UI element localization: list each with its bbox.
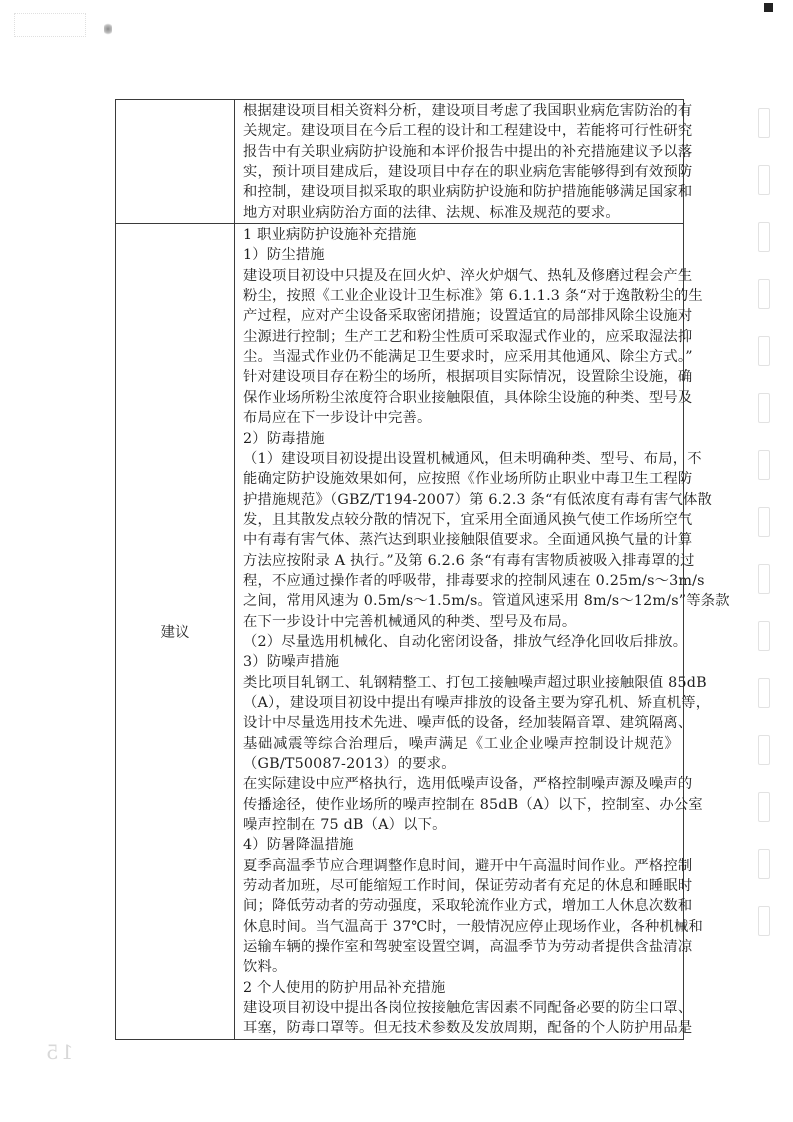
- text-line: 运输车辆的操作室和驾驶室设置空调，高温季节为劳动者提供含盐清凉: [243, 937, 679, 957]
- text-line: 休息时间。当气温高于 37℃时，一般情况应停止现场作业，各种机械和: [243, 917, 679, 937]
- text-line: 报告中有关职业病防护设施和本评价报告中提出的补充措施建议予以落: [243, 142, 679, 162]
- text-line: 针对建设项目存在粉尘的场所，根据项目实际情况，设置除尘设施，确: [243, 367, 679, 387]
- text-line: 根据建设项目相关资料分析，建设项目考虑了我国职业病危害防治的有: [243, 101, 679, 121]
- binding-hole-icon: [758, 165, 770, 195]
- binding-hole-icon: [758, 507, 770, 537]
- binding-hole-icon: [758, 450, 770, 480]
- text-line: 1）防尘措施: [243, 245, 679, 265]
- text-line: 中有毒有害气体、蒸汽达到职业接触限值要求。全面通风换气量的计算: [243, 530, 679, 550]
- text-line: 建设项目初设中提出各岗位按接触危害因素不同配备必要的防尘口罩、: [243, 998, 679, 1018]
- binding-hole-icon: [758, 393, 770, 423]
- corner-registration-mark-icon: [764, 3, 773, 12]
- text-line: 能确定防护设施效果如何，应按照《作业场所防止职业中毒卫生工程防: [243, 469, 679, 489]
- text-line: 劳动者加班，尽可能缩短工作时间，保证劳动者有充足的休息和睡眠时: [243, 876, 679, 896]
- recommendations-content: 1 职业病防护设施补充措施1）防尘措施建设项目初设中只提及在回火炉、淬火炉烟气、…: [235, 224, 684, 1040]
- text-line: 护措施规范》（GBZ/T194-2007）第 6.2.3 条“有低浓度有毒有害气…: [243, 490, 679, 510]
- evaluation-table: 根据建设项目相关资料分析，建设项目考虑了我国职业病危害防治的有关规定。建设项目在…: [115, 99, 684, 1040]
- binding-hole-icon: [758, 621, 770, 651]
- text-line: 类比项目轧钢工、轧钢精整工、打包工接触噪声超过职业接触限值 85dB: [243, 673, 679, 693]
- text-line: 4）防暑降温措施: [243, 835, 679, 855]
- text-line: 2 个人使用的防护用品补充措施: [243, 978, 679, 998]
- text-line: 基础减震等综合治理后，噪声满足《工业企业噪声控制设计规范》: [243, 734, 679, 754]
- text-line: （GB/T50087-2013）的要求。: [243, 754, 679, 774]
- text-line: 粉尘，按照《工业企业设计卫生标准》第 6.1.1.3 条“对于逸散粉尘的生: [243, 286, 679, 306]
- text-line: 耳塞，防毒口罩等。但无技术参数及发放周期，配备的个人防护用品是: [243, 1018, 679, 1038]
- binding-hole-icon: [758, 735, 770, 765]
- text-line: 方法应按附录 A 执行。”及第 6.2.6 条“有毒有害物质被吸入排毒罩的过: [243, 551, 679, 571]
- text-line: 实，预计项目建成后，建设项目中存在的职业病危害能够得到有效预防: [243, 162, 679, 182]
- conclusion-content: 根据建设项目相关资料分析，建设项目考虑了我国职业病危害防治的有关规定。建设项目在…: [235, 100, 684, 224]
- row-label-conclusion: [116, 100, 235, 224]
- text-line: 夏季高温季节应合理调整作息时间，避开中午高温时间作业。严格控制: [243, 856, 679, 876]
- binding-hole-icon: [758, 222, 770, 252]
- text-line: （1）建设项目初设提出设置机械通风，但未明确种类、型号、布局，不: [243, 449, 679, 469]
- text-line: 设计中尽量选用技术先进、噪声低的设备，经加装隔音罩、建筑隔离、: [243, 713, 679, 733]
- text-line: 尘源进行控制；生产工艺和粉尘性质可采取湿式作业的，应采取湿法抑: [243, 327, 679, 347]
- text-line: 在下一步设计中完善机械通风的种类、型号及布局。: [243, 612, 679, 632]
- text-line: 3）防噪声措施: [243, 652, 679, 672]
- bleed-through-page-number: 15: [44, 1040, 73, 1064]
- text-line: 尘。当湿式作业仍不能满足卫生要求时，应采用其他通风、除尘方式。”: [243, 347, 679, 367]
- scan-stamp: [14, 13, 86, 37]
- text-line: 发，且其散发点较分散的情况下，宜采用全面通风换气使工作场所空气: [243, 510, 679, 530]
- text-line: 程，不应通过操作者的呼吸带，排毒要求的控制风速在 0.25m/s～3m/s: [243, 571, 679, 591]
- binding-hole-icon: [758, 564, 770, 594]
- binding-hole-icon: [758, 279, 770, 309]
- table-row-recommendations: 建议 1 职业病防护设施补充措施1）防尘措施建设项目初设中只提及在回火炉、淬火炉…: [116, 224, 684, 1040]
- text-line: 和控制，建设项目拟采取的职业病防护设施和防护措施能够满足国家和: [243, 182, 679, 202]
- text-line: 保作业场所粉尘浓度符合职业接触限值，具体除尘设施的种类、型号及: [243, 388, 679, 408]
- binding-hole-icon: [758, 792, 770, 822]
- stamp-mark-icon: [104, 22, 112, 36]
- text-line: 关规定。建设项目在今后工程的设计和工程建设中，若能将可行性研究: [243, 121, 679, 141]
- binding-hole-icon: [758, 849, 770, 879]
- text-line: 产过程，应对产尘设备采取密闭措施；设置适宜的局部排风除尘设施对: [243, 306, 679, 326]
- text-line: （A），建设项目初设中提出有噪声排放的设备主要为穿孔机、矫直机等，: [243, 693, 679, 713]
- binding-hole-icon: [758, 336, 770, 366]
- text-line: 之间，常用风速为 0.5m/s～1.5m/s。管道风速采用 8m/s～12m/s…: [243, 591, 679, 611]
- text-line: （2）尽量选用机械化、自动化密闭设备，排放气经净化回收后排放。: [243, 632, 679, 652]
- row-label-recommendations: 建议: [116, 224, 235, 1040]
- text-line: 1 职业病防护设施补充措施: [243, 225, 679, 245]
- binding-hole-icon: [758, 906, 770, 936]
- text-line: 在实际建设中应严格执行，选用低噪声设备，严格控制噪声源及噪声的: [243, 774, 679, 794]
- text-line: 噪声控制在 75 dB（A）以下。: [243, 815, 679, 835]
- binding-holes: [758, 108, 770, 963]
- text-line: 传播途径，使作业场所的噪声控制在 85dB（A）以下，控制室、办公室: [243, 795, 679, 815]
- text-line: 地方对职业病防治方面的法律、法规、标准及规范的要求。: [243, 203, 679, 223]
- table-row-conclusion: 根据建设项目相关资料分析，建设项目考虑了我国职业病危害防治的有关规定。建设项目在…: [116, 100, 684, 224]
- text-line: 建设项目初设中只提及在回火炉、淬火炉烟气、热轧及修磨过程会产生: [243, 266, 679, 286]
- binding-hole-icon: [758, 678, 770, 708]
- binding-hole-icon: [758, 108, 770, 138]
- text-line: 布局应在下一步设计中完善。: [243, 408, 679, 428]
- text-line: 间；降低劳动者的劳动强度，采取轮流作业方式，增加工人休息次数和: [243, 896, 679, 916]
- text-line: 2）防毒措施: [243, 429, 679, 449]
- text-line: 饮料。: [243, 957, 679, 977]
